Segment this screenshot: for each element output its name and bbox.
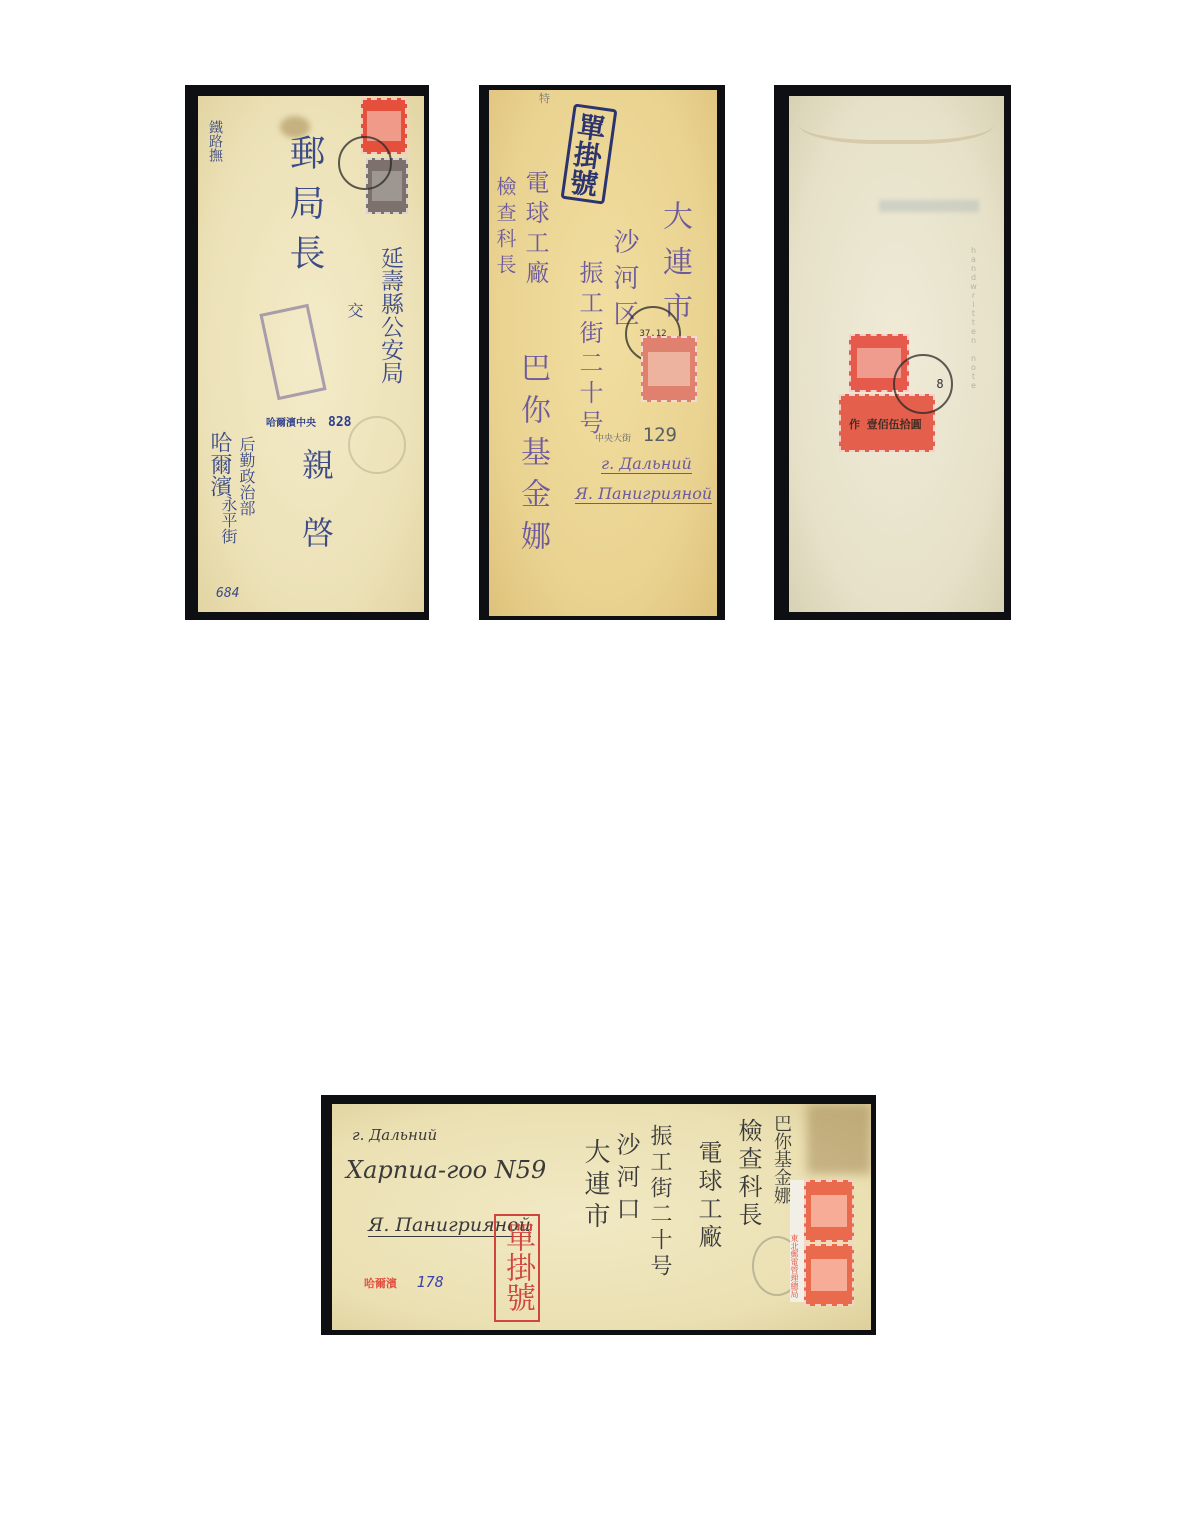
faint-postmark <box>348 416 406 474</box>
margin-inscription: 東北郵電管理總局 <box>790 1234 798 1298</box>
sender-mark-left: 鐵路撫 <box>208 120 222 162</box>
boxed-cachet <box>259 304 326 400</box>
bottom-center-2: 啓 <box>300 516 332 548</box>
bottom-center-1: 親 <box>300 448 332 480</box>
cachet-text: 單掛號 <box>502 1222 532 1312</box>
portrait-icon <box>648 352 690 387</box>
registration-label-text: 哈爾濱 <box>364 1277 397 1290</box>
registration-label: 哈爾濱中央 828 <box>266 414 352 430</box>
cover-3: handwritten note 作 壹佰伍拾圓 8 <box>789 96 1004 612</box>
stamp-portrait-bottom <box>804 1244 854 1306</box>
faint-writing <box>879 200 979 212</box>
russian-name: Я. Панигрияной <box>575 484 712 504</box>
registration-label-text: 哈爾濱中央 <box>266 418 316 429</box>
registration-number: 129 <box>643 424 677 446</box>
sender-left-2: 后勤政治部 <box>238 436 254 516</box>
portrait-icon <box>811 1259 848 1292</box>
boxed-cachet: 單掛號 <box>494 1214 540 1322</box>
address-right-small: 交 <box>346 302 362 318</box>
sender-left: 哈爾濱 <box>208 431 230 497</box>
stain <box>807 1104 871 1174</box>
registration-label: 哈爾濱 178 <box>364 1272 444 1291</box>
address-right: 延壽縣公安局 <box>378 246 401 384</box>
cover-1: 鐵路撫 郵局長 交 延壽縣公安局 哈爾濱中央 828 親 啓 哈爾濱 后勤政治部… <box>198 96 424 612</box>
russian-city: г. Дальний <box>352 1126 437 1144</box>
russian-street: Харпиа-гоо N59 <box>346 1156 546 1184</box>
address-line-1: 大連市 <box>582 1138 608 1234</box>
cachet-text: 單掛號 <box>566 111 605 198</box>
address-line-4: 電球工廠 <box>696 1140 720 1252</box>
cover-4: г. Дальний Харпиа-гоо N59 Я. Панигрияной… <box>332 1104 871 1330</box>
address-line-2: 沙河口 <box>614 1132 638 1228</box>
address-line-5: 檢查科長 <box>736 1118 760 1230</box>
recipient: 巴你基金娜 <box>517 352 547 562</box>
recipient: 巴你基金娜 <box>772 1114 790 1204</box>
russian-city: г. Дальний <box>601 454 692 474</box>
registration-label-text: 中央大街 <box>595 434 631 444</box>
portrait-icon <box>811 1195 848 1228</box>
address-line-3: 振工街二十号 <box>648 1124 670 1280</box>
cover-2: 特 單掛號 檢查科長 電球工廠 大連市 沙河区 振工街二十号 巴你基金娜 37.… <box>489 90 717 616</box>
sender-number: 684 <box>216 586 239 601</box>
registration-number: 828 <box>328 415 351 430</box>
postmark: 8 <box>893 354 953 414</box>
registration-label: 中央大街 129 <box>595 424 677 446</box>
sender-left: 檢查科長 <box>495 176 515 280</box>
stamp-portrait-top <box>804 1180 854 1242</box>
address-line-3: 振工街二十号 <box>577 260 601 440</box>
sender-left-3: 永平街 <box>220 496 236 544</box>
postmark-number: 8 <box>936 377 943 391</box>
address-line-4: 電球工廠 <box>523 170 547 290</box>
envelope-flap <box>799 96 994 144</box>
address-center: 郵局長 <box>286 134 322 284</box>
pencil-note: handwritten note <box>969 246 977 390</box>
corner-mark: 特 <box>539 90 550 106</box>
stamp-portrait <box>641 336 697 402</box>
surcharge-overprint: 作 壹佰伍拾圓 <box>849 416 922 432</box>
postmark <box>338 136 392 190</box>
boxed-cachet: 單掛號 <box>561 103 618 204</box>
registration-number: 178 <box>417 1273 444 1291</box>
